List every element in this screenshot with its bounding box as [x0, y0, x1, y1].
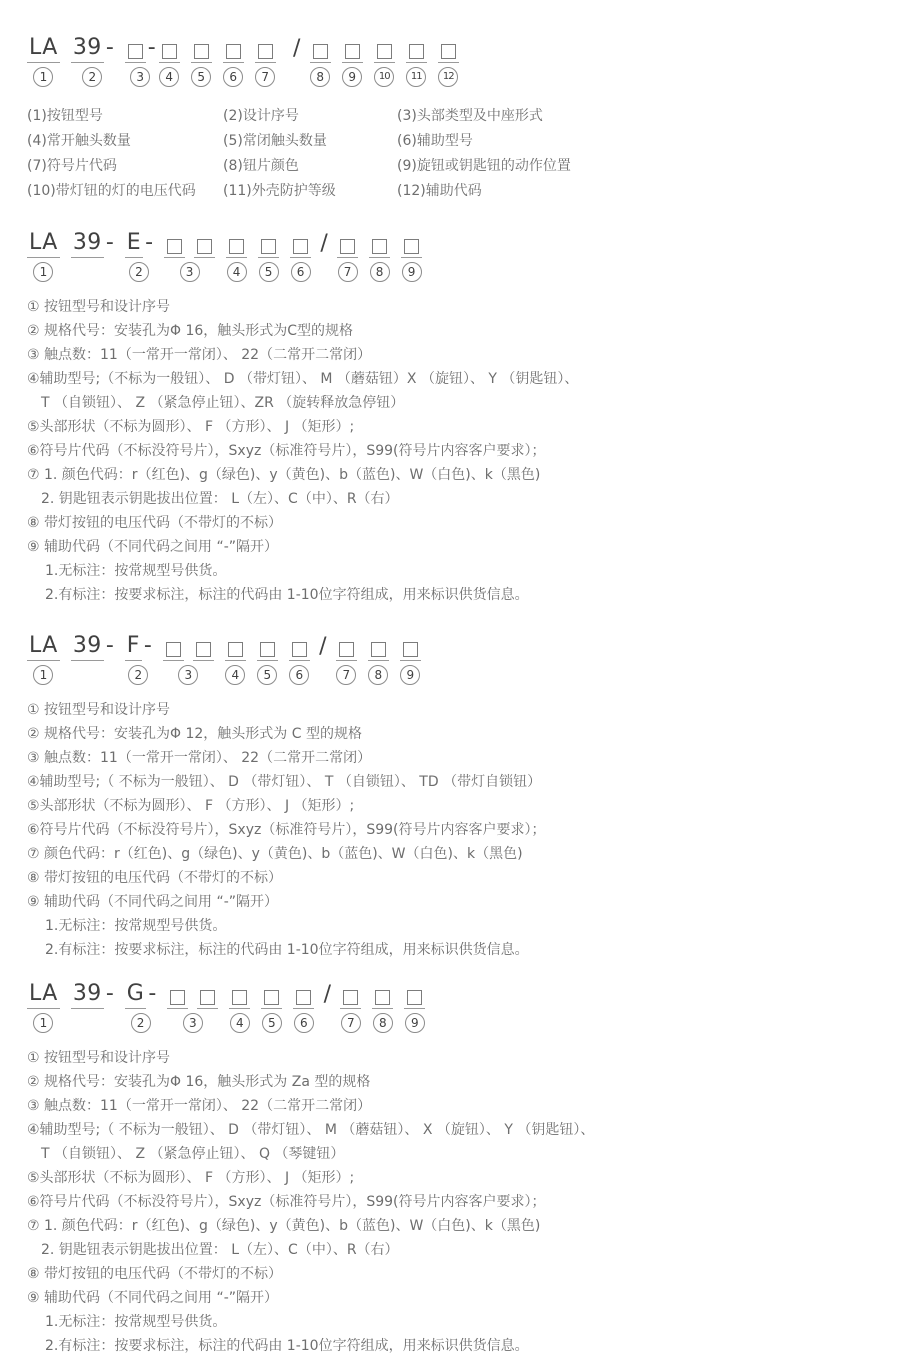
spec-line: T （自锁钮）、 Z （紧急停止钮）、 Q （琴键钮） — [27, 1142, 880, 1166]
underlined-box — [438, 44, 459, 63]
legend-item: (7)符号片代码 — [27, 154, 223, 179]
spec-line: ⑤头部形状（不标为圆形）、 F （方形）、 J （矩形）; — [27, 1166, 880, 1190]
code-token-row: / — [320, 232, 327, 258]
code-token-row — [310, 44, 331, 63]
code-box-token: 4 — [229, 990, 250, 1033]
code-placeholder-box — [343, 990, 358, 1005]
underlined-box — [226, 239, 247, 258]
underlined-box — [404, 990, 425, 1009]
underlined-box — [340, 990, 361, 1009]
spec-line: 2. 钥匙钮表示钥匙拔出位置： L（左）、C（中）、R（右） — [27, 1238, 880, 1262]
underlined-box — [372, 990, 393, 1009]
underlined-label: LA — [27, 231, 60, 258]
circled-number: 3 — [180, 262, 200, 282]
underlined-box — [225, 642, 246, 661]
code-separator-dash: - — [104, 36, 114, 63]
spec-line: ⑤头部形状（不标为圆形）、 F （方形）、 J （矩形）; — [27, 794, 880, 818]
code-token-row: LA — [27, 634, 60, 661]
code-token-row: E- — [125, 231, 153, 258]
circled-number: 1 — [33, 665, 53, 685]
code-label-text: E — [127, 231, 141, 255]
underlined-box — [223, 44, 244, 63]
code-token-row — [336, 642, 357, 661]
code-box-token: 6 — [223, 44, 244, 87]
code-placeholder-box — [197, 239, 212, 254]
code-token-row — [255, 44, 276, 63]
code-box-pair: 3 — [167, 990, 218, 1033]
circled-number: 9 — [405, 1013, 425, 1033]
code-label-39: 39-0 — [71, 982, 114, 1033]
circled-number: 3 — [130, 67, 150, 87]
code-placeholder-box — [232, 990, 247, 1005]
spec-line: ④辅助型号;（ 不标为一般钮）、 D （带灯钮）、 T （自锁钮）、 TD （带… — [27, 770, 880, 794]
circled-number: 4 — [230, 1013, 250, 1033]
code-token-row: - — [125, 36, 156, 63]
circled-number: 9 — [400, 665, 420, 685]
spec-line: 2.有标注：按要求标注，标注的代码由 1-10位字符组成，用来标识供货信息。 — [27, 1334, 880, 1358]
underlined-box — [159, 44, 180, 63]
code-label-e: E-2 — [125, 231, 153, 282]
circled-number: 6 — [223, 67, 243, 87]
code-placeholder-box — [371, 642, 386, 657]
code-placeholder-box — [296, 990, 311, 1005]
circled-number: 8 — [370, 262, 390, 282]
code-box-token: 8 — [310, 44, 331, 87]
model-code-line-e: LA139-0E-23456/0789 — [27, 231, 880, 282]
underlined-box — [258, 239, 279, 258]
code-box-token: 9 — [401, 239, 422, 282]
spec-line: ⑧ 带灯按钮的电压代码（不带灯的不标） — [27, 866, 880, 890]
code-box-token: 7 — [337, 239, 358, 282]
code-position-legend: (1)按钮型号(2)设计序号(3)头部类型及中座形式(4)常开触头数量(5)常闭… — [27, 104, 880, 204]
code-label-g: G-2 — [125, 982, 157, 1033]
code-box-token: 9 — [400, 642, 421, 685]
code-token-row — [400, 642, 421, 661]
underlined-box — [257, 642, 278, 661]
code-token-row — [404, 990, 425, 1009]
code-separator-dash: - — [104, 634, 114, 661]
spec-line: ③ 触点数：11（一常开一常闭）、 22（二常开二常闭） — [27, 746, 880, 770]
underlined-box — [197, 990, 218, 1009]
underlined-box — [401, 239, 422, 258]
code-placeholder-box — [339, 642, 354, 657]
legend-item: (11)外壳防护等级 — [223, 179, 397, 204]
slash-separator: /0 — [313, 635, 333, 685]
underlined-box — [400, 642, 421, 661]
code-token-row — [257, 642, 278, 661]
underlined-box — [290, 239, 311, 258]
code-placeholder-box — [441, 44, 456, 59]
code-token-row: 39- — [71, 36, 114, 63]
spec-line: ③ 触点数：11（一常开一常闭）、 22（二常开二常闭） — [27, 343, 880, 367]
code-separator-dash: - — [143, 231, 153, 258]
circled-number: 1 — [33, 67, 53, 87]
underlined-box — [342, 44, 363, 63]
code-label-la: LA1 — [27, 634, 60, 685]
code-box-pair: 3 — [164, 239, 215, 282]
code-placeholder-box — [200, 990, 215, 1005]
code-label-text: LA — [29, 231, 58, 255]
spec-line: ⑧ 带灯按钮的电压代码（不带灯的不标） — [27, 511, 880, 535]
code-label-la: LA1 — [27, 982, 60, 1033]
code-label-39: 39-2 — [71, 36, 114, 87]
spec-line: ⑦ 1. 颜色代码：r（红色)、g（绿色)、y（黄色)、b（蓝色)、W（白色)、… — [27, 463, 880, 487]
circled-number: 8 — [368, 665, 388, 685]
code-token-row: LA — [27, 982, 60, 1009]
underlined-box — [193, 642, 214, 661]
circled-number: 3 — [178, 665, 198, 685]
underlined-label: 39 — [71, 982, 104, 1009]
code-box-token: 4 — [159, 44, 180, 87]
spec-line: ② 规格代号：安装孔为Φ 16，触头形式为C型的规格 — [27, 319, 880, 343]
circled-number: 1 — [33, 262, 53, 282]
code-label-text: LA — [29, 634, 58, 658]
spec-line: 2.有标注：按要求标注，标注的代码由 1-10位字符组成，用来标识供货信息。 — [27, 583, 880, 607]
spec-lines-g: ① 按钮型号和设计序号② 规格代号：安装孔为Φ 16，触头形式为 Za 型的规格… — [27, 1046, 880, 1358]
circled-number: 1 — [33, 1013, 53, 1033]
spec-line: T （自锁钮）、 Z （紧急停止钮）、ZR （旋转释放急停钮） — [27, 391, 880, 415]
code-label-la: LA1 — [27, 231, 60, 282]
slash-glyph: / — [319, 635, 326, 661]
legend-item: (3)头部类型及中座形式 — [397, 104, 880, 129]
code-token-row — [223, 44, 244, 63]
code-token-row: 39- — [71, 231, 114, 258]
code-placeholder-box — [404, 239, 419, 254]
underlined-box — [125, 44, 146, 63]
circled-number: 7 — [338, 262, 358, 282]
circled-number: 3 — [183, 1013, 203, 1033]
code-placeholder-box — [403, 642, 418, 657]
circled-number: 5 — [257, 665, 277, 685]
model-code-overview: LA139-2-34567/089101112 (1)按钮型号(2)设计序号(3… — [27, 36, 880, 204]
code-box-token: 12 — [438, 44, 459, 87]
code-box-token: 7 — [340, 990, 361, 1033]
slash-glyph: / — [320, 232, 327, 258]
spec-line: 2.有标注：按要求标注，标注的代码由 1-10位字符组成，用来标识供货信息。 — [27, 938, 880, 962]
legend-item: (9)旋钮或钥匙钮的动作位置 — [397, 154, 880, 179]
code-placeholder-box — [293, 239, 308, 254]
code-placeholder-box — [162, 44, 177, 59]
code-placeholder-box — [340, 239, 355, 254]
circled-number: 7 — [341, 1013, 361, 1033]
spec-line: ⑥符号片代码（不标没符号片），Sxyz（标准符号片），S99(符号片内容客户要求… — [27, 439, 880, 463]
code-token-row — [258, 239, 279, 258]
spec-line: ① 按钮型号和设计序号 — [27, 1046, 880, 1070]
code-placeholder-box — [260, 642, 275, 657]
code-box-token: 8 — [368, 642, 389, 685]
circled-number: 2 — [131, 1013, 151, 1033]
legend-item: (10)带灯钮的灯的电压代码 — [27, 179, 223, 204]
code-token-row: F- — [125, 634, 152, 661]
code-placeholder-box — [229, 239, 244, 254]
underlined-box — [406, 44, 427, 63]
code-box-token: 5 — [257, 642, 278, 685]
circled-number: 8 — [310, 67, 330, 87]
spec-lines-f: ① 按钮型号和设计序号② 规格代号：安装孔为Φ 12，触头形式为 C 型的规格③… — [27, 698, 880, 962]
code-placeholder-box — [166, 642, 181, 657]
spec-line: 1.无标注：按常规型号供货。 — [27, 914, 880, 938]
code-placeholder-box — [128, 44, 143, 59]
spec-line: ⑨ 辅助代码（不同代码之间用 “-”隔开） — [27, 1286, 880, 1310]
code-token-row: 39- — [71, 982, 114, 1009]
code-token-row — [167, 990, 218, 1009]
circled-number: 4 — [225, 665, 245, 685]
slash-separator: /0 — [314, 232, 334, 282]
spec-line: ② 规格代号：安装孔为Φ 16，触头形式为 Za 型的规格 — [27, 1070, 880, 1094]
code-token-row — [261, 990, 282, 1009]
code-token-row: / — [319, 635, 326, 661]
code-token-row — [369, 239, 390, 258]
code-placeholder-box — [372, 239, 387, 254]
code-separator-dash: - — [142, 634, 152, 661]
slash-glyph: / — [293, 37, 300, 63]
code-label-la: LA1 — [27, 36, 60, 87]
code-token-row — [342, 44, 363, 63]
code-separator-dash: - — [104, 982, 114, 1009]
code-separator-dash: - — [104, 231, 114, 258]
spec-line: 2. 钥匙钮表示钥匙拔出位置： L（左）、C（中）、R（右） — [27, 487, 880, 511]
code-placeholder-box — [228, 642, 243, 657]
code-token-row: LA — [27, 36, 60, 63]
circled-number: 4 — [227, 262, 247, 282]
spec-line: ④辅助型号;（ 不标为一般钮）、 D （带灯钮）、 M （蘑菇钮）、 X （旋钮… — [27, 1118, 880, 1142]
legend-item: (6)辅助型号 — [397, 129, 880, 154]
code-box-token: 11 — [406, 44, 427, 87]
code-placeholder-box — [261, 239, 276, 254]
code-token-row — [164, 239, 215, 258]
circled-number: 7 — [255, 67, 275, 87]
underlined-box — [261, 990, 282, 1009]
code-label-39: 39-0 — [71, 231, 114, 282]
code-token-row: 39- — [71, 634, 114, 661]
code-token-row — [374, 44, 395, 63]
underlined-box — [369, 239, 390, 258]
code-label-text: 39 — [73, 982, 102, 1006]
code-box-token: 8 — [372, 990, 393, 1033]
code-token-row: / — [324, 983, 331, 1009]
code-box-token: 7 — [255, 44, 276, 87]
spec-line: ⑦ 颜色代码：r（红色)、g（绿色)、y（黄色)、b（蓝色)、W（白色)、k（黑… — [27, 842, 880, 866]
circled-number: 5 — [191, 67, 211, 87]
code-placeholder-box — [313, 44, 328, 59]
circled-number: 8 — [373, 1013, 393, 1033]
code-placeholder-box — [226, 44, 241, 59]
spec-line: ⑦ 1. 颜色代码：r（红色)、g（绿色)、y（黄色)、b（蓝色)、W（白色)、… — [27, 1214, 880, 1238]
code-separator-dash: - — [146, 982, 156, 1009]
code-box-token: -3 — [125, 36, 156, 87]
code-box-pair: 3 — [163, 642, 214, 685]
spec-line: ② 规格代号：安装孔为Φ 12，触头形式为 C 型的规格 — [27, 722, 880, 746]
legend-item: (4)常开触头数量 — [27, 129, 223, 154]
circled-number: 9 — [342, 67, 362, 87]
code-box-token: 8 — [369, 239, 390, 282]
underlined-box — [310, 44, 331, 63]
model-code-line-overview: LA139-2-34567/089101112 — [27, 36, 880, 87]
circled-number: 9 — [402, 262, 422, 282]
circled-number: 2 — [129, 262, 149, 282]
model-code-line-g: LA139-0G-23456/0789 — [27, 982, 880, 1033]
spec-line: ③ 触点数：11（一常开一常闭）、 22（二常开二常闭） — [27, 1094, 880, 1118]
code-placeholder-box — [375, 990, 390, 1005]
code-token-row — [293, 990, 314, 1009]
code-placeholder-box — [292, 642, 307, 657]
underlined-box — [255, 44, 276, 63]
code-token-row — [438, 44, 459, 63]
code-placeholder-box — [194, 44, 209, 59]
underlined-label: F — [125, 634, 142, 661]
circled-number: 2 — [128, 665, 148, 685]
spec-line: ④辅助型号;（不标为一般钮）、 D （带灯钮）、 M （蘑菇钮）X （旋钮）、 … — [27, 367, 880, 391]
code-separator-dash: - — [146, 36, 156, 63]
legend-item: (12)辅助代码 — [397, 179, 880, 204]
code-token-row — [289, 642, 310, 661]
code-box-token: 5 — [261, 990, 282, 1033]
code-token-row — [406, 44, 427, 63]
code-token-row — [191, 44, 212, 63]
code-placeholder-box — [407, 990, 422, 1005]
code-token-row — [226, 239, 247, 258]
circled-number: 6 — [289, 665, 309, 685]
datasheet-page: LA139-2-34567/089101112 (1)按钮型号(2)设计序号(3… — [0, 0, 900, 1358]
code-placeholder-box — [196, 642, 211, 657]
code-label-f: F-2 — [125, 634, 152, 685]
underlined-label: LA — [27, 982, 60, 1009]
code-box-token: 5 — [258, 239, 279, 282]
circled-number: 7 — [336, 665, 356, 685]
model-code-line-f: LA139-0F-23456/0789 — [27, 634, 880, 685]
circled-number: 12 — [438, 67, 458, 87]
code-label-text: F — [127, 634, 140, 658]
code-token-row — [401, 239, 422, 258]
code-token-row — [229, 990, 250, 1009]
code-token-row: G- — [125, 982, 157, 1009]
spec-line: ⑨ 辅助代码（不同代码之间用 “-”隔开） — [27, 535, 880, 559]
spec-line: 1.无标注：按常规型号供货。 — [27, 559, 880, 583]
code-label-text: 39 — [73, 36, 102, 60]
code-label-text: G — [127, 982, 145, 1006]
underlined-label: 39 — [71, 231, 104, 258]
code-label-39: 39-0 — [71, 634, 114, 685]
code-box-token: 6 — [290, 239, 311, 282]
code-token-row: LA — [27, 231, 60, 258]
code-placeholder-box — [264, 990, 279, 1005]
code-token-row — [340, 990, 361, 1009]
circled-number: 5 — [262, 1013, 282, 1033]
spec-line: ⑤头部形状（不标为圆形）、 F （方形）、 J （矩形）; — [27, 415, 880, 439]
underlined-box — [293, 990, 314, 1009]
code-box-token: 4 — [226, 239, 247, 282]
underlined-box — [374, 44, 395, 63]
code-token-row — [372, 990, 393, 1009]
code-placeholder-box — [377, 44, 392, 59]
underlined-box — [163, 642, 184, 661]
code-label-text: 39 — [73, 634, 102, 658]
code-token-row: / — [293, 37, 300, 63]
spec-line: 1.无标注：按常规型号供货。 — [27, 1310, 880, 1334]
spec-line: ⑨ 辅助代码（不同代码之间用 “-”隔开） — [27, 890, 880, 914]
slash-separator: /0 — [287, 37, 307, 87]
spec-line: ⑥符号片代码（不标没符号片），Sxyz（标准符号片），S99(符号片内容客户要求… — [27, 1190, 880, 1214]
spec-line: ⑧ 带灯按钮的电压代码（不带灯的不标） — [27, 1262, 880, 1286]
code-box-token: 9 — [404, 990, 425, 1033]
code-box-token: 6 — [293, 990, 314, 1033]
code-token-row — [337, 239, 358, 258]
code-placeholder-box — [409, 44, 424, 59]
code-label-text: LA — [29, 982, 58, 1006]
code-placeholder-box — [167, 239, 182, 254]
underlined-box — [337, 239, 358, 258]
code-box-token: 6 — [289, 642, 310, 685]
code-placeholder-box — [345, 44, 360, 59]
code-box-token: 4 — [225, 642, 246, 685]
underlined-label: 39 — [71, 36, 104, 63]
underlined-label: E — [125, 231, 143, 258]
model-section-la39-e: LA139-0E-23456/0789 ① 按钮型号和设计序号② 规格代号：安装… — [27, 231, 880, 607]
underlined-box — [164, 239, 185, 258]
underlined-box — [194, 239, 215, 258]
underlined-label: G — [125, 982, 147, 1009]
slash-separator: /0 — [317, 983, 337, 1033]
underlined-box — [167, 990, 188, 1009]
legend-item: (2)设计序号 — [223, 104, 397, 129]
spec-line: ① 按钮型号和设计序号 — [27, 698, 880, 722]
code-placeholder-box — [170, 990, 185, 1005]
code-box-token: 7 — [336, 642, 357, 685]
model-section-la39-g: LA139-0G-23456/0789 ① 按钮型号和设计序号② 规格代号：安装… — [27, 982, 880, 1358]
code-token-row — [159, 44, 180, 63]
circled-number: 10 — [374, 67, 394, 87]
circled-number: 4 — [159, 67, 179, 87]
spec-line: ① 按钮型号和设计序号 — [27, 295, 880, 319]
code-token-row — [163, 642, 214, 661]
underlined-box — [368, 642, 389, 661]
legend-item: (8)钮片颜色 — [223, 154, 397, 179]
code-label-text: LA — [29, 36, 58, 60]
underlined-label: LA — [27, 36, 60, 63]
circled-number: 5 — [259, 262, 279, 282]
slash-glyph: / — [324, 983, 331, 1009]
underlined-box — [191, 44, 212, 63]
code-token-row — [225, 642, 246, 661]
spec-lines-e: ① 按钮型号和设计序号② 规格代号：安装孔为Φ 16，触头形式为C型的规格③ 触… — [27, 295, 880, 607]
underlined-box — [336, 642, 357, 661]
circled-number: 6 — [294, 1013, 314, 1033]
circled-number: 11 — [406, 67, 426, 87]
circled-number: 2 — [82, 67, 102, 87]
code-label-text: 39 — [73, 231, 102, 255]
legend-item: (1)按钮型号 — [27, 104, 223, 129]
underlined-label: LA — [27, 634, 60, 661]
underlined-box — [289, 642, 310, 661]
code-box-token: 10 — [374, 44, 395, 87]
legend-item: (5)常闭触头数量 — [223, 129, 397, 154]
model-section-la39-f: LA139-0F-23456/0789 ① 按钮型号和设计序号② 规格代号：安装… — [27, 634, 880, 962]
code-token-row — [290, 239, 311, 258]
code-box-token: 5 — [191, 44, 212, 87]
underlined-box — [229, 990, 250, 1009]
code-box-token: 9 — [342, 44, 363, 87]
code-placeholder-box — [258, 44, 273, 59]
code-token-row — [368, 642, 389, 661]
circled-number: 6 — [291, 262, 311, 282]
spec-line: ⑥符号片代码（不标没符号片），Sxyz（标准符号片），S99(符号片内容客户要求… — [27, 818, 880, 842]
underlined-label: 39 — [71, 634, 104, 661]
